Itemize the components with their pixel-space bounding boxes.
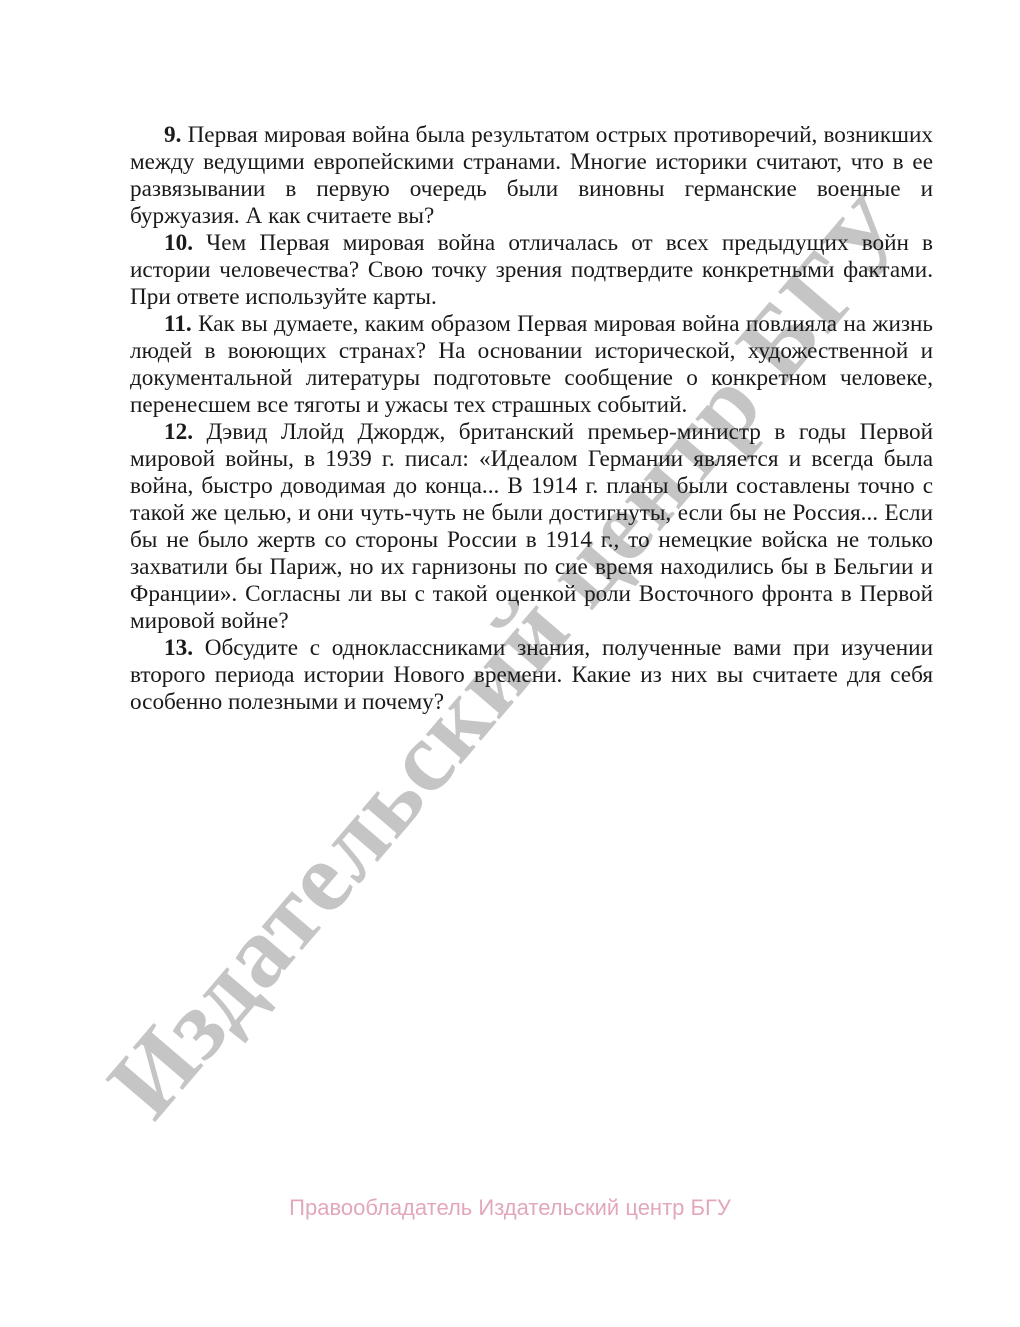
question-number: 10. <box>164 230 193 256</box>
question-11: 11. Как вы думаете, каким образом Первая… <box>130 311 933 419</box>
question-text: Дэвид Ллойд Джордж, британский премьер-м… <box>130 419 933 634</box>
question-text: Как вы думаете, каким образом Первая мир… <box>130 311 933 418</box>
question-number: 13. <box>164 635 193 661</box>
question-number: 9. <box>164 122 181 148</box>
questions-list: 9. Первая мировая война была результатом… <box>130 122 933 716</box>
question-10: 10. Чем Первая мировая война отличалась … <box>130 230 933 311</box>
question-text: Чем Первая мировая война отличалась от в… <box>130 230 933 310</box>
question-number: 12. <box>164 419 193 445</box>
question-text: Первая мировая война была результатом ос… <box>130 122 933 229</box>
copyright-footer: Правообладатель Издательский центр БГУ <box>0 1195 1020 1221</box>
question-number: 11. <box>164 311 192 337</box>
question-13: 13. Обсудите с одноклассниками знания, п… <box>130 635 933 716</box>
question-9: 9. Первая мировая война была результатом… <box>130 122 933 230</box>
question-text: Обсудите с одноклассниками знания, получ… <box>130 635 933 715</box>
document-page: Издательский центр БГУ 9. Первая мировая… <box>0 0 1020 1327</box>
question-12: 12. Дэвид Ллойд Джордж, британский премь… <box>130 419 933 635</box>
